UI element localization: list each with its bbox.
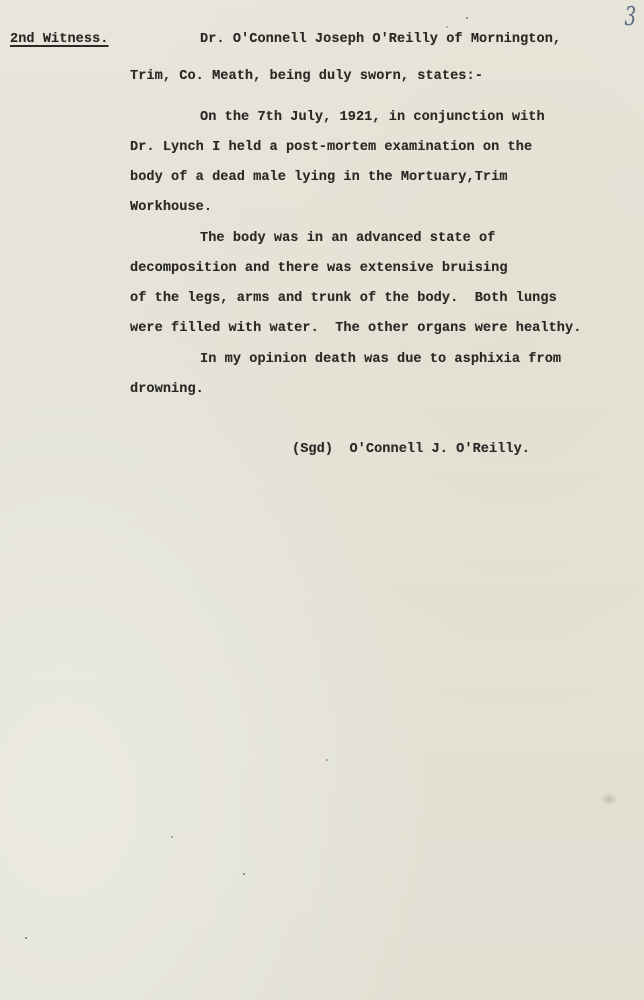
ink-speck <box>446 26 448 28</box>
handwritten-page-number: 3 <box>624 2 636 32</box>
text-line-4: Dr. Lynch I held a post-mortem examinati… <box>130 140 532 155</box>
text-line-1: Dr. O'Connell Joseph O'Reilly of Morning… <box>200 32 561 47</box>
text-line-11: In my opinion death was due to asphixia … <box>200 352 561 367</box>
ink-speck <box>326 759 328 761</box>
text-line-2: Trim, Co. Meath, being duly sworn, state… <box>130 69 483 84</box>
witness-heading: 2nd Witness. <box>10 32 109 47</box>
text-line-5: body of a dead male lying in the Mortuar… <box>130 170 508 185</box>
text-line-12: drowning. <box>130 382 204 397</box>
text-line-9: of the legs, arms and trunk of the body.… <box>130 291 557 306</box>
text-line-7: The body was in an advanced state of <box>200 231 495 246</box>
signature-line: (Sgd) O'Connell J. O'Reilly. <box>292 442 530 457</box>
text-line-10: were filled with water. The other organs… <box>130 321 581 336</box>
ink-speck <box>25 937 27 939</box>
text-line-8: decomposition and there was extensive br… <box>130 261 508 276</box>
ink-speck <box>243 873 245 875</box>
text-line-6: Workhouse. <box>130 200 212 215</box>
ink-speck <box>171 836 173 838</box>
text-line-3: On the 7th July, 1921, in conjunction wi… <box>200 110 545 125</box>
ink-speck <box>466 17 468 19</box>
paper-stain <box>600 792 618 806</box>
